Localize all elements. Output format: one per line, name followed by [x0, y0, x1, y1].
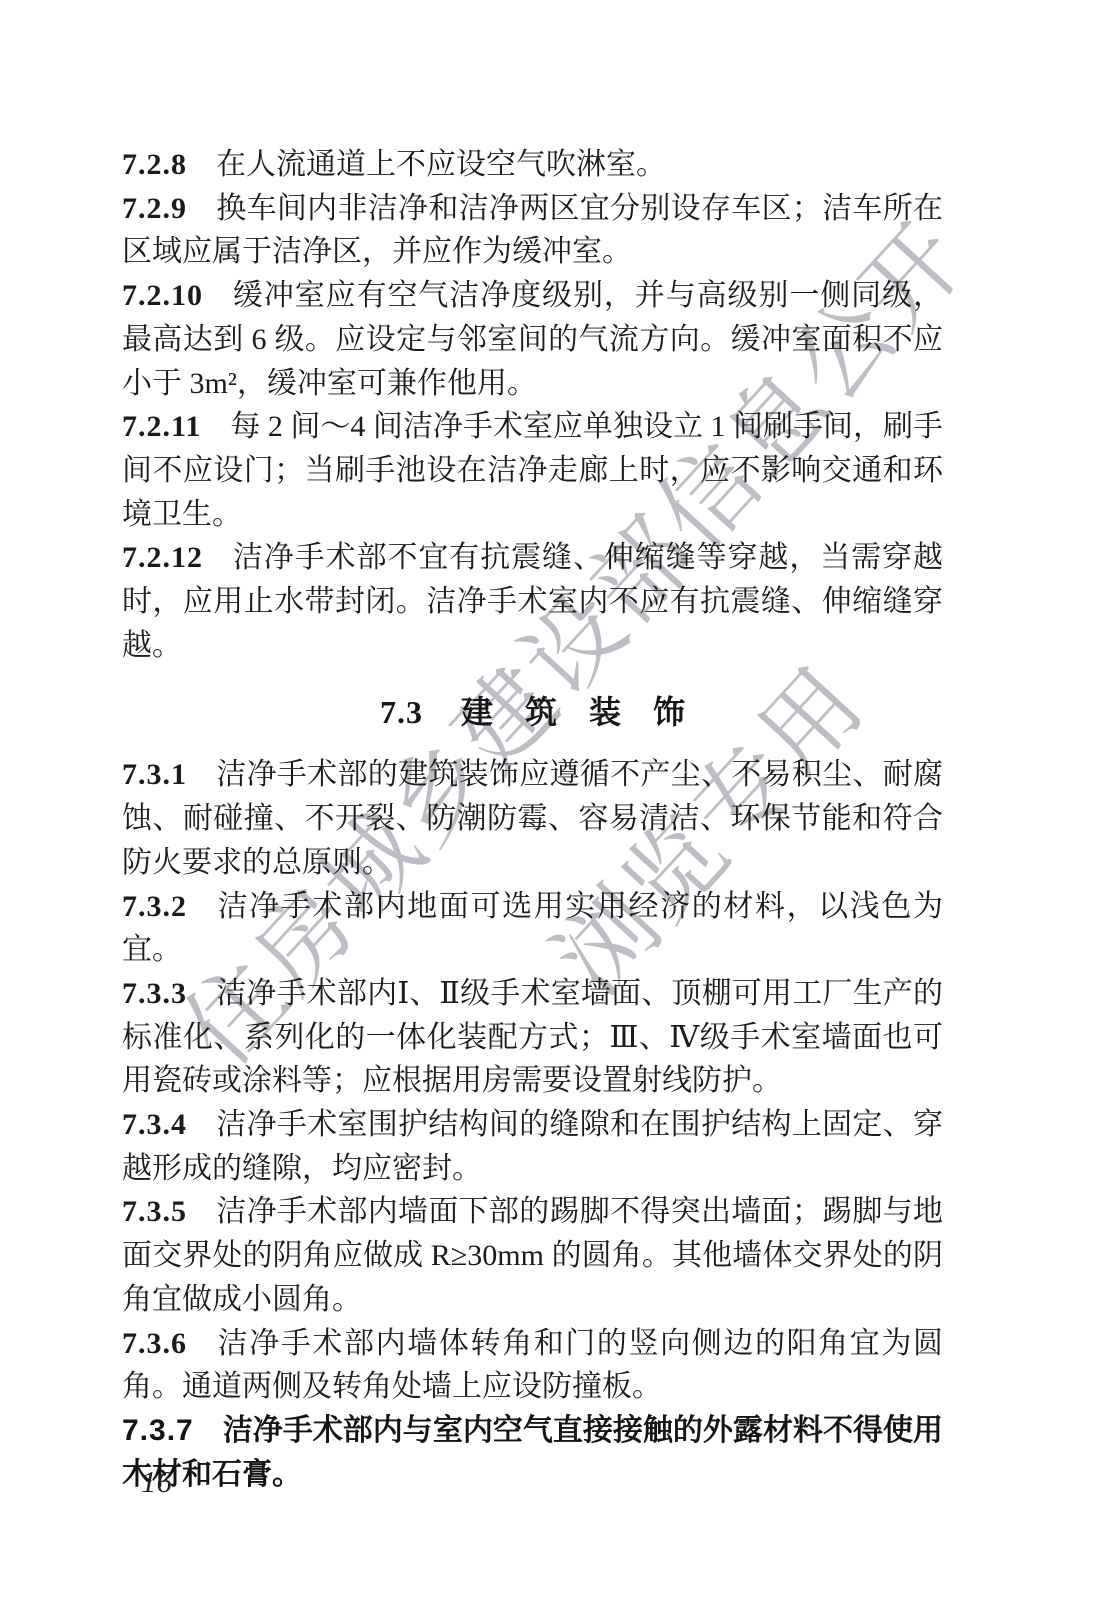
clause-7-2-11: 7.2.11每 2 间～4 间洁净手术室应单独设立 1 间刷手间，刷手间不应设门… — [122, 405, 943, 536]
clause-7-3-4: 7.3.4洁净手术室围护结构间的缝隙和在围护结构上固定、穿越形成的缝隙，均应密封… — [122, 1103, 943, 1190]
clause-text: 换车间内非洁净和洁净两区宜分别设存车区；洁车所在区域应属于洁净区，并应作为缓冲室… — [122, 192, 943, 269]
clause-text: 洁净手术部内与室内空气直接接触的外露材料不得使用木材和石膏。 — [122, 1414, 943, 1491]
clause-number: 7.2.8 — [122, 148, 187, 181]
clause-7-3-7: 7.3.7洁净手术部内与室内空气直接接触的外露材料不得使用木材和石膏。 — [122, 1409, 943, 1496]
clause-text: 洁净手术部内墙体转角和门的竖向侧边的阳角宜为圆角。通道两侧及转角处墙上应设防撞板… — [122, 1327, 943, 1404]
clause-number: 7.2.9 — [122, 192, 187, 225]
clause-7-3-6: 7.3.6洁净手术部内墙体转角和门的竖向侧边的阳角宜为圆角。通道两侧及转角处墙上… — [122, 1322, 943, 1409]
section-heading-7-3: 7.3建筑装饰 — [122, 690, 943, 734]
clause-text: 洁净手术部内地面可选用实用经济的材料，以浅色为宜。 — [122, 890, 943, 967]
clause-number: 7.2.12 — [122, 541, 203, 574]
clause-number: 7.3.7 — [122, 1414, 194, 1447]
clause-7-3-5: 7.3.5洁净手术部内墙面下部的踢脚不得突出墙面；踢脚与地面交界处的阴角应做成 … — [122, 1190, 943, 1321]
clause-number: 7.2.10 — [122, 279, 203, 312]
clause-text: 洁净手术部内墙面下部的踢脚不得突出墙面；踢脚与地面交界处的阴角应做成 R≥30m… — [122, 1195, 943, 1315]
clause-text: 每 2 间～4 间洁净手术室应单独设立 1 间刷手间，刷手间不应设门；当刷手池设… — [122, 410, 943, 530]
clause-number: 7.3.1 — [122, 758, 187, 791]
clause-number: 7.3.4 — [122, 1108, 187, 1141]
section-heading-title: 建筑装饰 — [461, 694, 717, 730]
section-heading-number: 7.3 — [380, 694, 423, 730]
clause-text: 洁净手术室围护结构间的缝隙和在围护结构上固定、穿越形成的缝隙，均应密封。 — [122, 1108, 943, 1185]
clause-number: 7.3.3 — [122, 977, 187, 1010]
clause-text: 缓冲室应有空气洁净度级别，并与高级别一侧同级，最高达到 6 级。应设定与邻室间的… — [122, 279, 943, 399]
clause-7-2-8: 7.2.8在人流通道上不应设空气吹淋室。 — [122, 143, 943, 187]
clause-7-3-1: 7.3.1洁净手术部的建筑装饰应遵循不产尘、不易积尘、耐腐蚀、耐碰撞、不开裂、防… — [122, 753, 943, 884]
clause-7-2-12: 7.2.12洁净手术部不宜有抗震缝、伸缩缝等穿越，当需穿越时，应用止水带封闭。洁… — [122, 536, 943, 667]
clause-text: 洁净手术部不宜有抗震缝、伸缩缝等穿越，当需穿越时，应用止水带封闭。洁净手术室内不… — [122, 541, 943, 661]
clause-text: 在人流通道上不应设空气吹淋室。 — [216, 148, 666, 181]
clause-number: 7.2.11 — [122, 410, 201, 443]
clause-number: 7.3.6 — [122, 1327, 187, 1360]
clause-7-2-10: 7.2.10缓冲室应有空气洁净度级别，并与高级别一侧同级，最高达到 6 级。应设… — [122, 274, 943, 405]
clause-number: 7.3.2 — [122, 890, 187, 923]
page-number: 16 — [141, 1464, 172, 1500]
clause-number: 7.3.5 — [122, 1195, 187, 1228]
clause-text: 洁净手术部内Ⅰ、Ⅱ级手术室墙面、顶棚可用工厂生产的标准化、系列化的一体化装配方式… — [122, 977, 943, 1097]
document-body: 7.2.8在人流通道上不应设空气吹淋室。 7.2.9换车间内非洁净和洁净两区宜分… — [122, 143, 943, 1496]
clause-7-2-9: 7.2.9换车间内非洁净和洁净两区宜分别设存车区；洁车所在区域应属于洁净区，并应… — [122, 187, 943, 274]
clause-7-3-3: 7.3.3洁净手术部内Ⅰ、Ⅱ级手术室墙面、顶棚可用工厂生产的标准化、系列化的一体… — [122, 972, 943, 1103]
clause-text: 洁净手术部的建筑装饰应遵循不产尘、不易积尘、耐腐蚀、耐碰撞、不开裂、防潮防霉、容… — [122, 758, 943, 878]
clause-7-3-2: 7.3.2洁净手术部内地面可选用实用经济的材料，以浅色为宜。 — [122, 885, 943, 972]
document-page: 住房城乡建设部信息公开 浏览专用 7.2.8在人流通道上不应设空气吹淋室。 7.… — [0, 0, 1103, 1598]
